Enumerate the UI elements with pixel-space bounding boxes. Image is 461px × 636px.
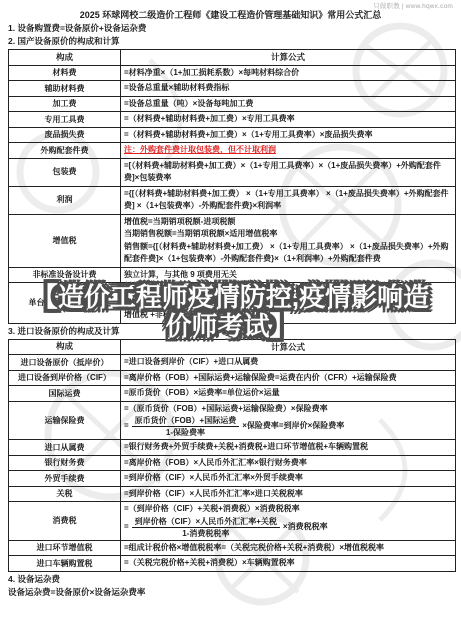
import-equipment-price-table: 构成计算公式进口设备原价（抵岸价）=进口设备到岸价（CIF）+进口从属费进口设备… (8, 339, 456, 572)
fraction-denominator: 1-保险费率 (163, 427, 208, 438)
section4-formula: 设备运杂费=设备原价×设备运杂费率 (8, 587, 455, 598)
row-label: 消费税 (9, 502, 121, 540)
table-row: 国际运费=原币货价（FOB）×运费率=单位运价×运量 (9, 385, 455, 401)
row-label: 进口设备原价（抵岸价） (9, 355, 121, 370)
column-header-formula: 计算公式 (121, 50, 455, 65)
formula-line: ={[（材料费+辅助材料费+加工费） ×（1+专用工具费率） ×（1+废品损失费… (124, 188, 452, 213)
fraction: 原币货价（FOB）+国际运费1-保险费率 (132, 415, 240, 438)
formula-line: =组成计税价格×增值税税率=（关税完税价格+关税+消费税）×增值税税率 (124, 542, 452, 555)
row-label: 银行财务费 (9, 456, 121, 471)
row-label: 包装费 (9, 159, 121, 186)
row-formula: =（材料费+辅助材料费+加工费）×（1+专用工具费率）×废品损失费率 (121, 128, 455, 143)
row-label: 国际运费 (9, 386, 121, 401)
table-row: 专用工具费=（材料费+辅助材料费+加工费）×专用工具费率 (9, 111, 455, 127)
formula-line: =（关税完税价格+关税+消费税）×车辆购置税率 (124, 557, 452, 570)
table-row: 材料费=材料净重×（1+加工损耗系数）×每吨材料综合价 (9, 65, 455, 81)
section2-heading: 2. 国产设备原价的构成和计算 (8, 36, 455, 47)
row-label: 外贸手续费 (9, 471, 121, 486)
formula-line: =银行财务费+外贸手续费+关税+消费税+进口环节增值税+车辆购置税 (124, 441, 452, 454)
fraction-numerator: 到岸价格（CIF）×人民币外汇汇率+关税 (132, 516, 280, 528)
section1-heading: 1. 设备购置费=设备原价+设备运杂费 (8, 23, 455, 34)
table-row: 进口设备到岸价格（CIF）=离岸价格（FOB）+国际运费+运输保险费=运费在内价… (9, 370, 455, 386)
row-formula: 增值税=当期销项税额-进项税额当期销售税额=当期销项税额×适用增值税率销售额={… (121, 215, 455, 267)
row-formula: 注：外购套件费计取包装费，但不计取利润 (121, 143, 455, 158)
formula-fraction-line: =到岸价格（CIF）×人民币外汇汇率+关税1-消费税税率×消费税税率 (124, 516, 452, 539)
formula-line: ={[（材料费+辅助材料费+加工费） ×(1+专用工具费率)×(1+废品损失费率… (124, 284, 452, 309)
formula-line: =设备总重量（吨）×设备每吨加工费 (124, 98, 452, 111)
formula-line: =离岸价格（FOB）×人民币外汇汇率×银行财务费率 (124, 457, 452, 470)
table-row: 外购配套件费注：外购套件费计取包装费，但不计取利润 (9, 142, 455, 158)
table-row: 进口车辆购置税=（关税完税价格+关税+消费税）×车辆购置税率 (9, 555, 455, 571)
formula-line: 当期销售税额=当期销项税额×适用增值税率 (124, 228, 452, 241)
formula-line: =（材料费+辅助材料费+加工费）×专用工具费率 (124, 113, 452, 126)
row-label: 运输保险费 (9, 402, 121, 440)
row-formula: 独立计算，与其他 9 项费用无关 (121, 268, 455, 283)
table-row: 银行财务费=离岸价格（FOB）×人民币外汇汇率×银行财务费率 (9, 455, 455, 471)
page-title: 2025 环球网校二级造价工程师《建设工程造价管理基础知识》常用公式汇总 (6, 9, 455, 21)
table-row: 包装费=[（材料费+辅助材料费+加工费）×（1+专用工具费率）×（1+废品损失费… (9, 158, 455, 186)
table-row: 增值税增值税=当期销项税额-进项税额当期销售税额=当期销项税额×适用增值税率销售… (9, 214, 455, 267)
row-formula: =（原币货价（FOB）+国际运费+运输保险费）×保险费率=原币货价（FOB）+国… (121, 402, 455, 440)
formula-line: =[（材料费+辅助材料费+加工费）×（1+专用工具费率）×（1+废品损失费率）+… (124, 160, 452, 185)
table-row: 进口环节增值税=组成计税价格×增值税税率=（关税完税价格+关税+消费税）×增值税… (9, 540, 455, 556)
row-formula: =（材料费+辅助材料费+加工费）×专用工具费率 (121, 112, 455, 127)
table-row: 关税=到岸价格（CIF）×人民币外汇汇率×进口关税税率 (9, 486, 455, 502)
table-row: 非标准设备设计费独立计算，与其他 9 项费用无关 (9, 267, 455, 283)
row-label: 加工费 (9, 97, 121, 112)
row-label: 进口设备到岸价格（CIF） (9, 371, 121, 386)
formula-line: 增值税=当期销项税额-进项税额 (124, 216, 452, 229)
formula-line: =到岸价格（CIF）×人民币外汇汇率×外贸手续费率 (124, 472, 452, 485)
fraction-suffix: ×保险费率=到岸价×保险费率 (242, 420, 344, 433)
site-brand: 只做职教 | www.hqwx.com (373, 1, 453, 10)
row-formula: =离岸价格（FOB）+国际运费+运输保险费=运费在内价（CFR）+运输保险费 (121, 371, 455, 386)
formula-line: =到岸价格（CIF）×人民币外汇汇率×进口关税税率 (124, 488, 452, 501)
row-label: 增值税 (9, 215, 121, 267)
table-row: 运输保险费=（原币货价（FOB）+国际运费+运输保险费）×保险费率=原币货价（F… (9, 401, 455, 440)
table-row: 加工费=设备总重量（吨）×设备每吨加工费 (9, 96, 455, 112)
table-row: 辅助材料费=设备总重量×辅助材料费指标 (9, 80, 455, 96)
formula-line: =（到岸价格（CIF）+关税+消费税）×消费税税率 (124, 503, 452, 516)
document-page: 2025 环球网校二级造价工程师《建设工程造价管理基础知识》常用公式汇总 1. … (0, 0, 461, 598)
row-formula: =材料净重×（1+加工损耗系数）×每吨材料综合价 (121, 66, 455, 81)
column-header-formula: 计算公式 (121, 340, 455, 355)
formula-fraction-line: =原币货价（FOB）+国际运费1-保险费率×保险费率=到岸价×保险费率 (124, 415, 452, 438)
table-row: 废品损失费=（材料费+辅助材料费+加工费）×（1+专用工具费率）×废品损失费率 (9, 127, 455, 143)
row-label: 单台非标准设备原价 (9, 283, 121, 323)
formula-note-red: 注：外购套件费计取包装费，但不计取利润 (124, 144, 452, 157)
row-label: 利润 (9, 187, 121, 214)
row-formula: ={[（材料费+辅助材料费+加工费） ×(1+专用工具费率)×(1+废品损失费率… (121, 283, 455, 323)
table-header-row: 构成计算公式 (9, 50, 455, 65)
formula-line: 销售额={[（材料费+辅助材料费+加工费） ×（1+专用工具费率） ×（1+废品… (124, 241, 452, 266)
row-formula: =离岸价格（FOB）×人民币外汇汇率×银行财务费率 (121, 456, 455, 471)
row-formula: =[（材料费+辅助材料费+加工费）×（1+专用工具费率）×（1+废品损失费率）+… (121, 159, 455, 186)
column-header-composition: 构成 (9, 340, 121, 355)
table-header-row: 构成计算公式 (9, 340, 455, 355)
row-formula: =设备总重量（吨）×设备每吨加工费 (121, 97, 455, 112)
formula-line: 增值税 +非标准设备设计费 (124, 309, 452, 322)
table-row: 利润={[（材料费+辅助材料费+加工费） ×（1+专用工具费率） ×（1+废品损… (9, 186, 455, 214)
fraction-prefix: = (124, 420, 129, 433)
formula-line: =材料净重×（1+加工损耗系数）×每吨材料综合价 (124, 67, 452, 80)
row-label: 进口从属费 (9, 440, 121, 455)
fraction-prefix: = (124, 521, 129, 534)
row-formula: =设备总重量×辅助材料费指标 (121, 81, 455, 96)
fraction-suffix: ×消费税税率 (283, 521, 328, 534)
row-formula: =组成计税价格×增值税税率=（关税完税价格+关税+消费税）×增值税税率 (121, 541, 455, 556)
row-formula: =（关税完税价格+关税+消费税）×车辆购置税率 (121, 556, 455, 571)
row-formula: =（到岸价格（CIF）+关税+消费税）×消费税税率=到岸价格（CIF）×人民币外… (121, 502, 455, 540)
row-label: 废品损失费 (9, 128, 121, 143)
section3-heading: 3. 进口设备原价的构成及计算 (8, 326, 455, 337)
formula-line: =原币货价（FOB）×运费率=单位运价×运量 (124, 387, 452, 400)
table-row: 进口设备原价（抵岸价）=进口设备到岸价（CIF）+进口从属费 (9, 354, 455, 370)
formula-line: =设备总重量×辅助材料费指标 (124, 82, 452, 95)
fraction-numerator: 原币货价（FOB）+国际运费 (132, 415, 240, 427)
fraction-denominator: 1-消费税税率 (179, 528, 232, 539)
fraction: 到岸价格（CIF）×人民币外汇汇率+关税1-消费税税率 (132, 516, 280, 539)
formula-line: =进口设备到岸价（CIF）+进口从属费 (124, 356, 452, 369)
table-row: 单台非标准设备原价={[（材料费+辅助材料费+加工费） ×(1+专用工具费率)×… (9, 282, 455, 323)
row-label: 外购配套件费 (9, 143, 121, 158)
table-row: 消费税=（到岸价格（CIF）+关税+消费税）×消费税税率=到岸价格（CIF）×人… (9, 501, 455, 540)
domestic-equipment-price-table: 构成计算公式材料费=材料净重×（1+加工损耗系数）×每吨材料综合价辅助材料费=设… (8, 49, 456, 324)
formula-line: =（原币货价（FOB）+国际运费+运输保险费）×保险费率 (124, 403, 452, 416)
row-label: 专用工具费 (9, 112, 121, 127)
row-formula: =进口设备到岸价（CIF）+进口从属费 (121, 355, 455, 370)
column-header-composition: 构成 (9, 50, 121, 65)
row-label: 进口车辆购置税 (9, 556, 121, 571)
row-label: 进口环节增值税 (9, 541, 121, 556)
row-formula: =到岸价格（CIF）×人民币外汇汇率×外贸手续费率 (121, 471, 455, 486)
section4-heading: 4. 设备运杂费 (8, 574, 455, 585)
row-formula: ={[（材料费+辅助材料费+加工费） ×（1+专用工具费率） ×（1+废品损失费… (121, 187, 455, 214)
formula-line: =（材料费+辅助材料费+加工费）×（1+专用工具费率）×废品损失费率 (124, 129, 452, 142)
formula-line: =离岸价格（FOB）+国际运费+运输保险费=运费在内价（CFR）+运输保险费 (124, 372, 452, 385)
row-formula: =原币货价（FOB）×运费率=单位运价×运量 (121, 386, 455, 401)
row-label: 材料费 (9, 66, 121, 81)
row-label: 关税 (9, 487, 121, 502)
formula-line: 独立计算，与其他 9 项费用无关 (124, 269, 452, 282)
table-row: 外贸手续费=到岸价格（CIF）×人民币外汇汇率×外贸手续费率 (9, 470, 455, 486)
row-label: 辅助材料费 (9, 81, 121, 96)
row-label: 非标准设备设计费 (9, 268, 121, 283)
table-row: 进口从属费=银行财务费+外贸手续费+关税+消费税+进口环节增值税+车辆购置税 (9, 439, 455, 455)
row-formula: =到岸价格（CIF）×人民币外汇汇率×进口关税税率 (121, 487, 455, 502)
row-formula: =银行财务费+外贸手续费+关税+消费税+进口环节增值税+车辆购置税 (121, 440, 455, 455)
